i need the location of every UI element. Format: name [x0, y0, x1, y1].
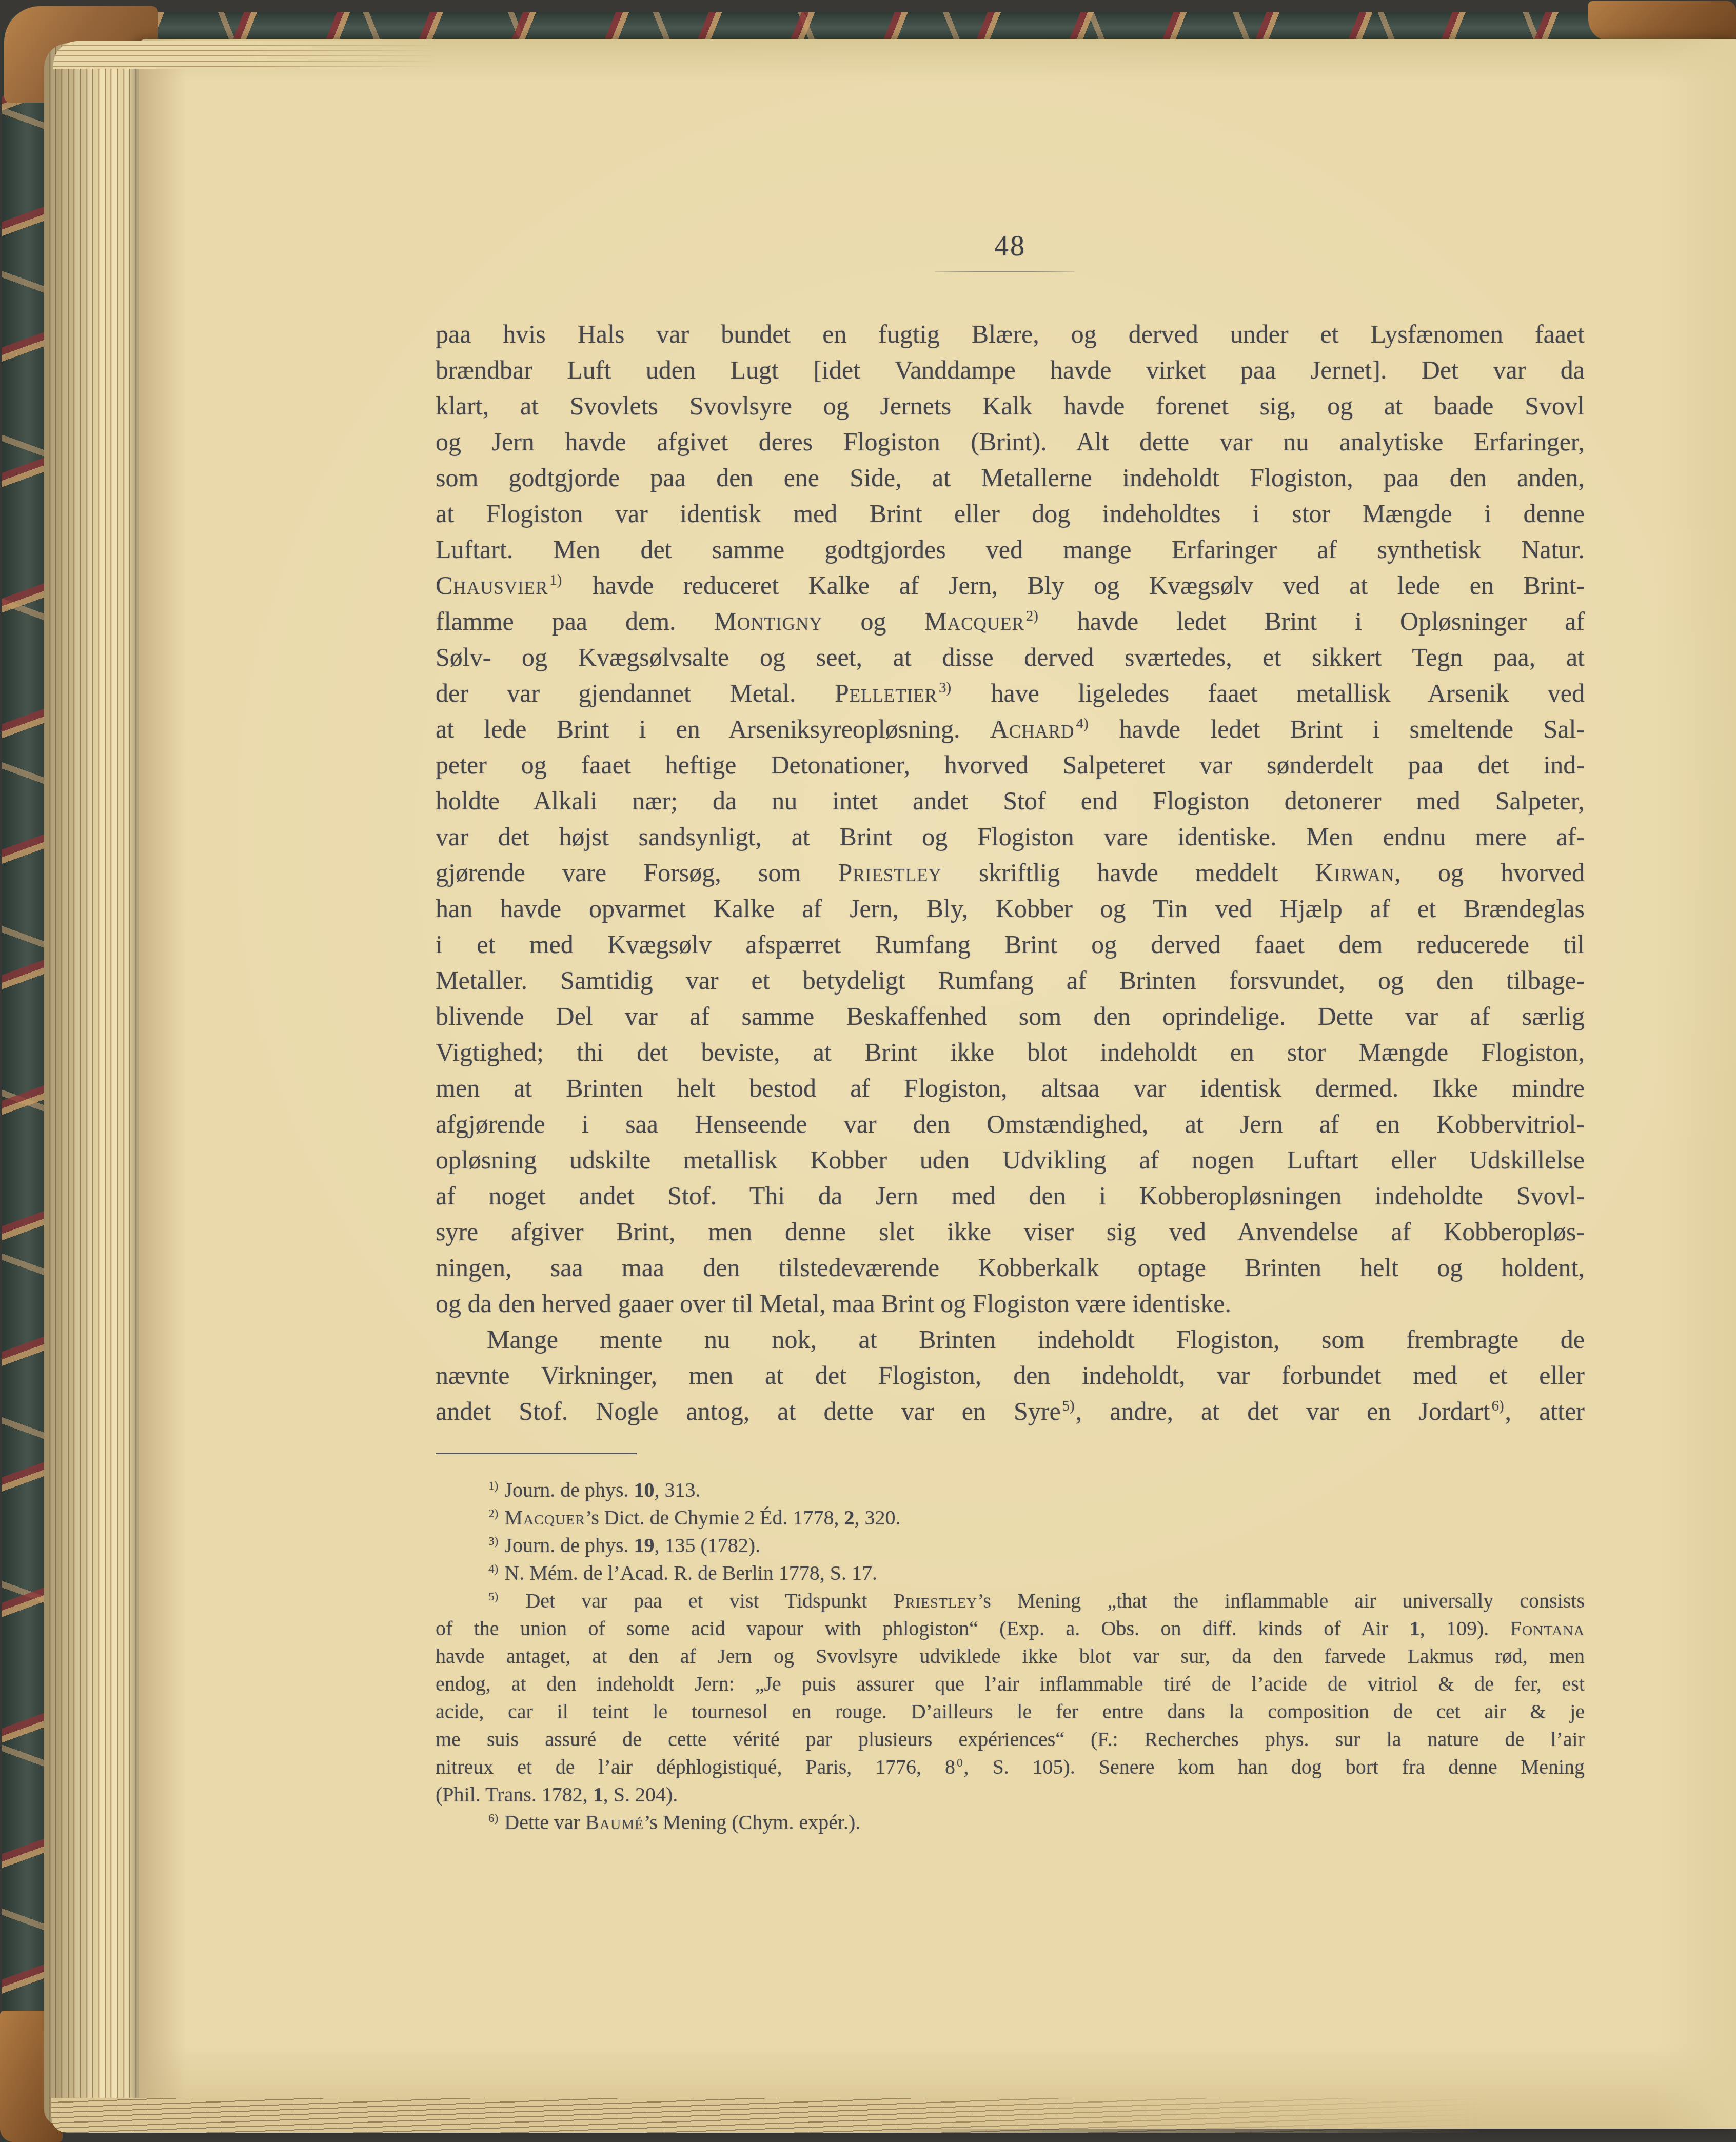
body-text-line: holdte Alkali nær; da nu intet andet Sto…	[436, 783, 1585, 819]
body-text-line: af noget andet Stof. Thi da Jern med den…	[436, 1178, 1585, 1214]
page-edge-stack-bottom	[51, 2098, 1529, 2133]
body-text-line: og Jern havde afgivet deres Flogiston (B…	[436, 424, 1585, 460]
body-text-line: syre afgiver Brint, men denne slet ikke …	[436, 1214, 1585, 1250]
body-text-line: at Flogiston var identisk med Brint elle…	[436, 495, 1585, 531]
footnote-line: havde antaget, at den af Jern og Svovlsy…	[436, 1642, 1585, 1670]
body-text-line: Sølv- og Kvægsølvsalte og seet, at disse…	[436, 639, 1585, 675]
body-text-line: i et med Kvægsølv afspærret Rumfang Brin…	[436, 926, 1585, 962]
footnote-separator-rule	[436, 1453, 637, 1454]
footnote-line: acide, car il teint le tournesol en roug…	[436, 1698, 1585, 1726]
footnote-line: 3) Journ. de phys. 19, 135 (1782).	[436, 1532, 1585, 1559]
footnote-line: 1) Journ. de phys. 10, 313.	[436, 1476, 1585, 1504]
footnote-line: of the union of some acid vapour with ph…	[436, 1615, 1585, 1642]
page-number: 48	[436, 230, 1585, 263]
body-text-line: nævnte Virkninger, men at det Flogiston,…	[436, 1357, 1585, 1393]
body-text-line: blivende Del var af samme Beskaffenhed s…	[436, 998, 1585, 1034]
page-edge-stack-left	[44, 43, 146, 2125]
page-number-rule	[935, 271, 1074, 272]
leather-corner-top-right	[1588, 1, 1736, 41]
body-text-line: men at Brinten helt bestod af Flogiston,…	[436, 1070, 1585, 1106]
body-text-line: ningen, saa maa den tilstedeværende Kobb…	[436, 1250, 1585, 1285]
body-text-line: som godtgjorde paa den ene Side, at Meta…	[436, 460, 1585, 495]
book-cover-marbled-left-edge	[2, 31, 47, 2142]
body-text-line: afgjørende i saa Henseende var den Omstæ…	[436, 1106, 1585, 1142]
body-text-line: at lede Brint i en Arseniksyreopløsning.…	[436, 711, 1585, 747]
body-text-line: andet Stof. Nogle antog, at dette var en…	[436, 1393, 1585, 1429]
book-scan-photo: { "page": { "number": "48", "body_lines"…	[0, 0, 1736, 2142]
book-scan: 48 paa hvis Hals var bundet en fugtig Bl…	[0, 0, 1736, 2142]
body-text-line: brændbar Luft uden Lugt [idet Vanddampe …	[436, 352, 1585, 388]
page-edge-stack-top	[53, 41, 453, 69]
footnote-line: 5) Det var paa et vist Tidspunkt Priestl…	[436, 1587, 1585, 1615]
body-text: paa hvis Hals var bundet en fugtig Blære…	[436, 316, 1585, 1429]
body-text-line: han havde opvarmet Kalke af Jern, Bly, K…	[436, 890, 1585, 926]
body-text-line: klart, at Svovlets Svovlsyre og Jernets …	[436, 388, 1585, 424]
body-text-line: Metaller. Samtidig var et betydeligt Rum…	[436, 962, 1585, 998]
footnote-line: (Phil. Trans. 1782, 1, S. 204).	[436, 1781, 1585, 1809]
body-text-line: flamme paa dem. Montigny og Macquer2) ha…	[436, 603, 1585, 639]
body-text-line: der var gjendannet Metal. Pelletier3) ha…	[436, 675, 1585, 711]
body-text-line: Mange mente nu nok, at Brinten indeholdt…	[436, 1321, 1585, 1357]
body-text-line: Vigtighed; thi det beviste, at Brint ikk…	[436, 1034, 1585, 1070]
body-text-line: gjørende vare Forsøg, som Priestley skri…	[436, 855, 1585, 890]
footnote-line: 2) Macquer’s Dict. de Chymie 2 Éd. 1778,…	[436, 1504, 1585, 1532]
body-text-line: var det højst sandsynligt, at Brint og F…	[436, 819, 1585, 855]
footnotes: 1) Journ. de phys. 10, 313.2) Macquer’s …	[436, 1476, 1585, 1836]
body-text-line: Chausvier1) havde reduceret Kalke af Jer…	[436, 567, 1585, 603]
body-text-line: opløsning udskilte metallisk Kobber uden…	[436, 1142, 1585, 1178]
body-text-line: peter og faaet heftige Detonationer, hvo…	[436, 747, 1585, 783]
footnote-line: 6) Dette var Baumé’s Mening (Chym. expér…	[436, 1809, 1585, 1836]
body-text-line: paa hvis Hals var bundet en fugtig Blære…	[436, 316, 1585, 352]
footnote-line: 4) N. Mém. de l’Acad. R. de Berlin 1778,…	[436, 1559, 1585, 1587]
footnote-line: me suis assuré de cette vérité par plusi…	[436, 1726, 1585, 1753]
body-text-line: Luftart. Men det samme godtgjordes ved m…	[436, 531, 1585, 567]
body-text-line: og da den herved gaaer over til Metal, m…	[436, 1285, 1585, 1321]
book-page: 48 paa hvis Hals var bundet en fugtig Bl…	[139, 39, 1736, 2129]
footnote-line: nitreux et de l’air déphlogistiqué, Pari…	[436, 1753, 1585, 1781]
footnote-line: endog, at den indeholdt Jern: „Je puis a…	[436, 1670, 1585, 1698]
